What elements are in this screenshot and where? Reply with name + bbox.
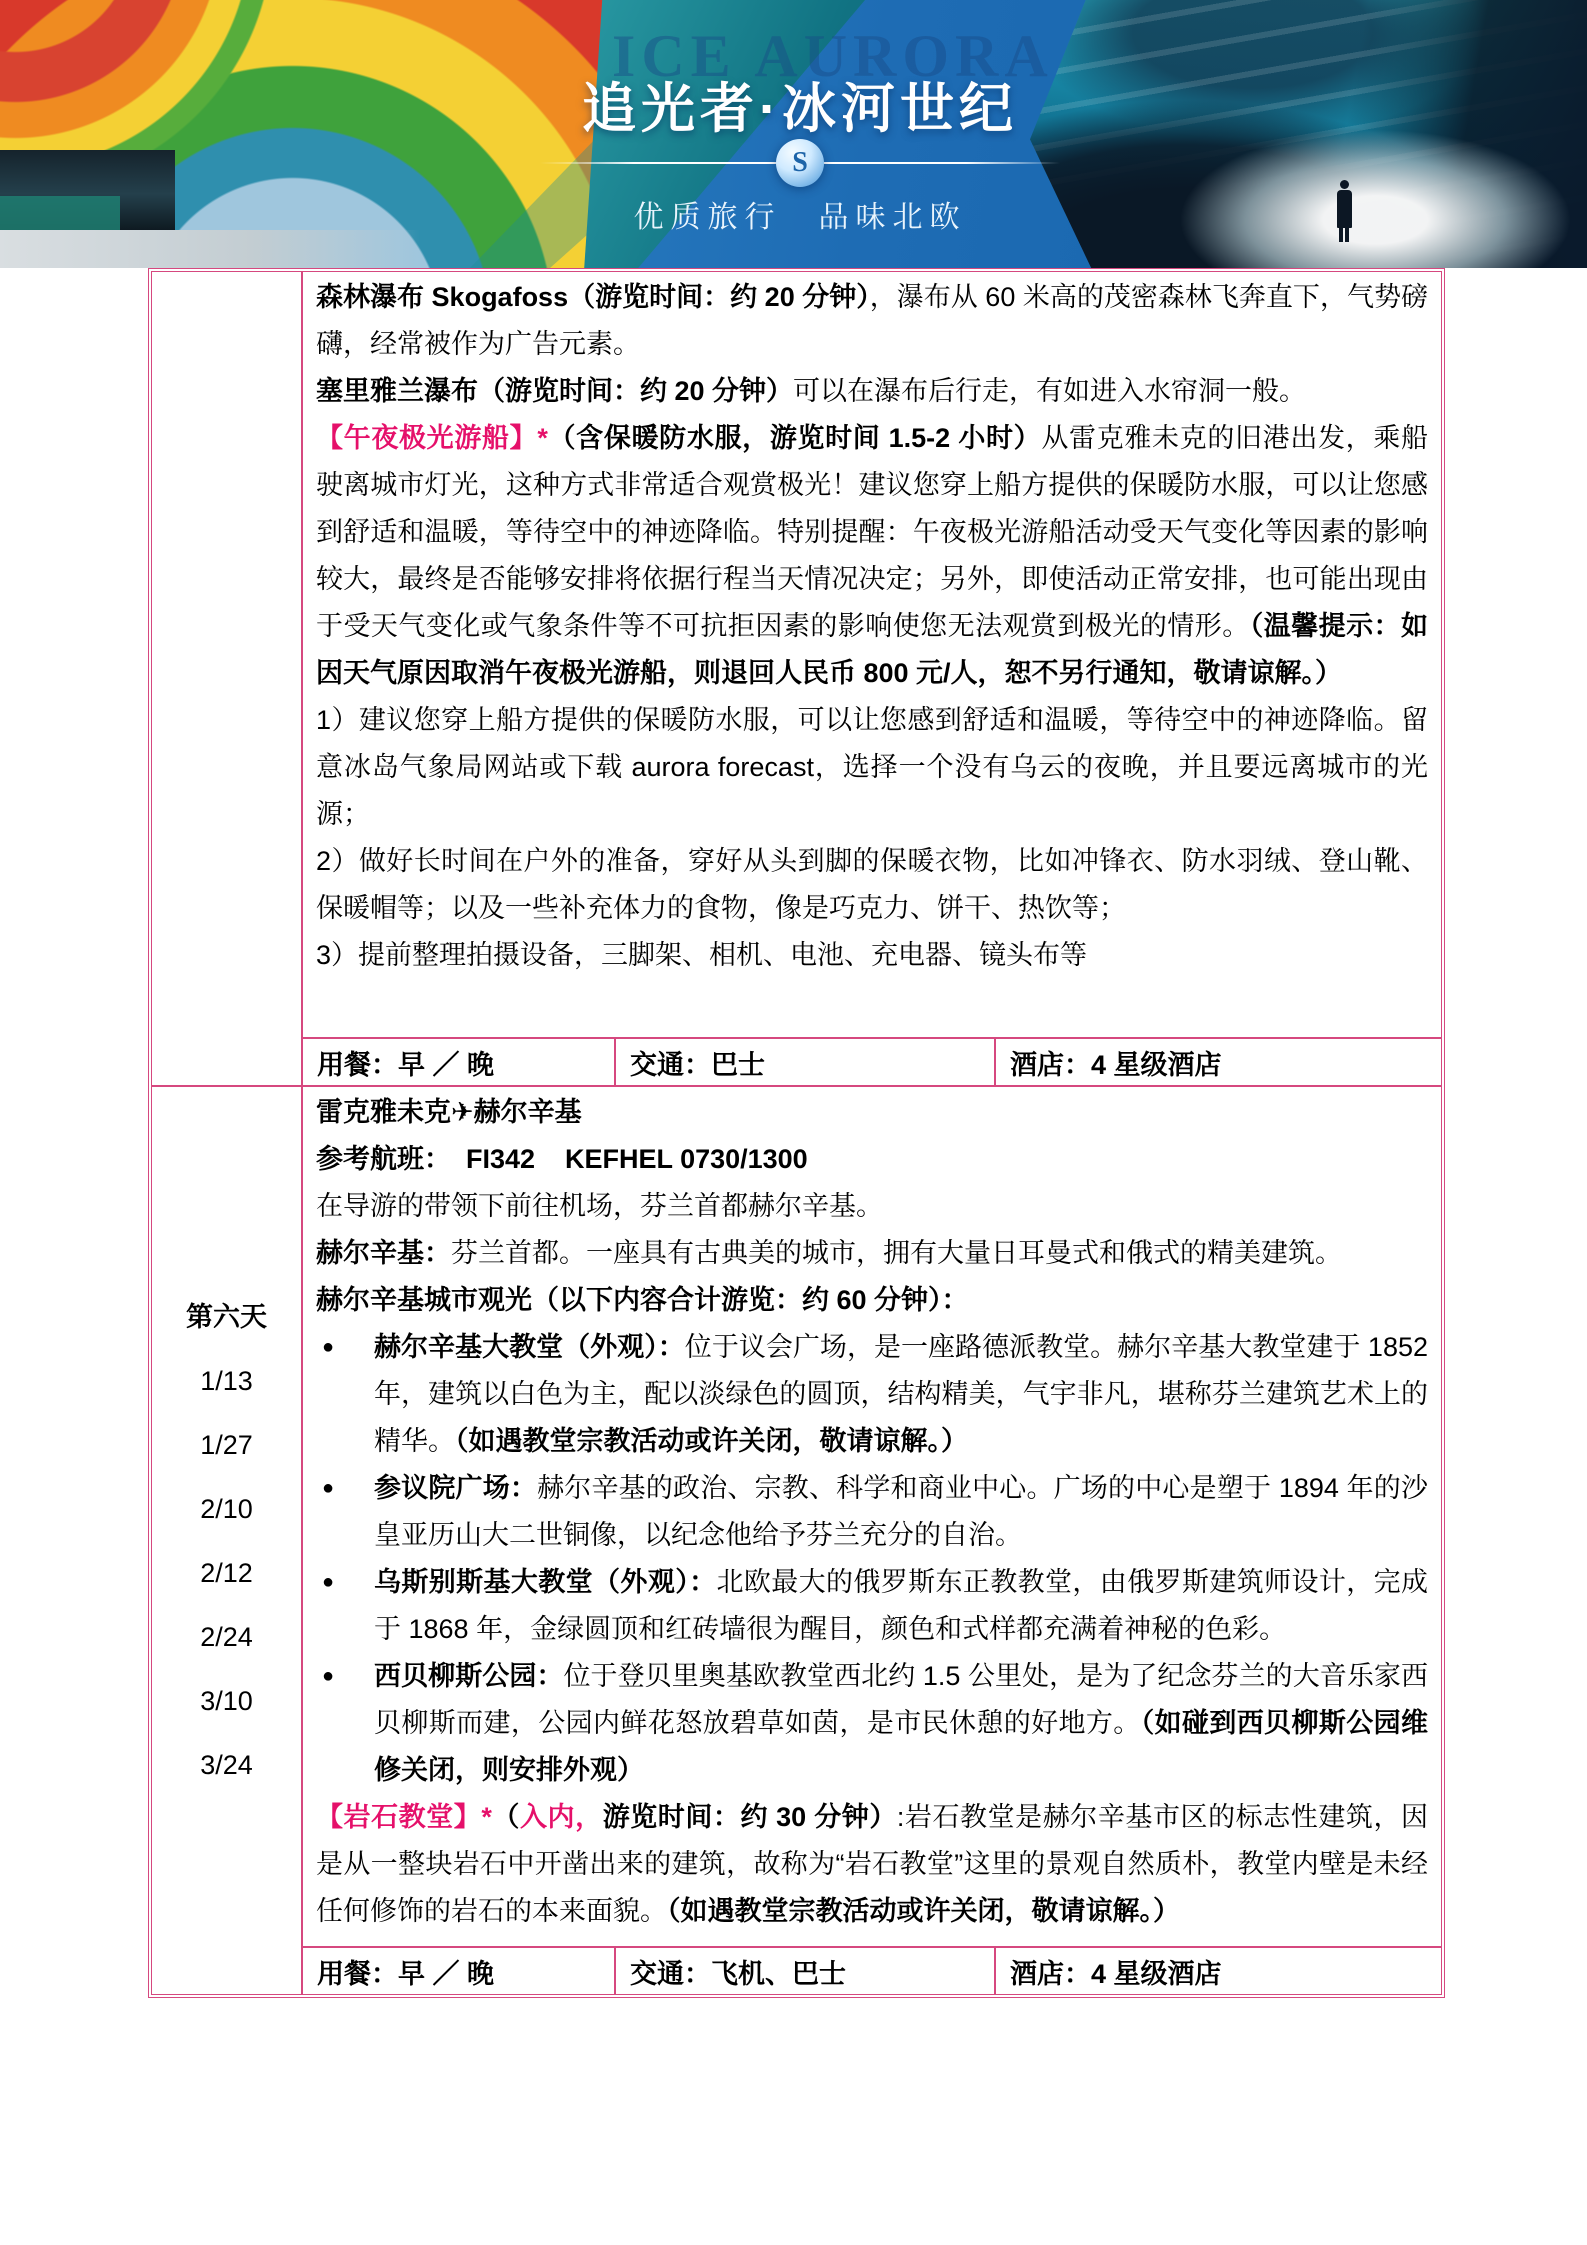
bullet-icon: ● [316,1324,374,1465]
text-segment: 游览时间：约 30 分钟） [603,1802,897,1832]
text-segment: 2）做好长时间在户外的准备，穿好从头到脚的保暖衣物，比如冲锋衣、防水羽绒、登山靴… [316,846,1428,923]
bullet-item: ●西贝柳斯公园：位于登贝里奥基欧教堂西北约 1.5 公里处，是为了纪念芬兰的大音… [316,1653,1428,1794]
day-cell: 第六天 1/131/272/102/122/243/103/24 [152,1087,303,1994]
day-row: 森林瀑布 Skogafoss（游览时间：约 20 分钟），瀑布从 60 米高的茂… [152,272,1441,1087]
divider-line: S [540,162,1060,164]
text-segment: 乌斯别斯基大教堂（外观）： [374,1567,716,1597]
paragraph: 塞里雅兰瀑布（游览时间：约 20 分钟）可以在瀑布后行走，有如进入水帘洞一般。 [316,368,1428,415]
person-silhouette [1337,190,1352,228]
text-segment: 西贝柳斯公园： [374,1661,563,1691]
meals-row: 用餐：早 ／ 晚 交通：巴士 酒店：4 星级酒店 [303,1037,1441,1085]
date-item: 1/13 [200,1361,253,1401]
hotel-cell: 酒店：4 星级酒店 [996,1039,1441,1085]
day-dates: 1/131/272/102/122/243/103/24 [200,1361,253,1785]
meal-cell: 用餐：早 ／ 晚 [303,1948,616,1994]
text-segment: 赫尔辛基： [316,1238,451,1268]
paragraph: 在导游的带领下前往机场，芬兰首都赫尔辛基。 [316,1183,1428,1230]
text-segment: 参考航班： FI342 KEFHEL 0730/1300 [316,1144,808,1174]
meal-cell: 用餐：早 ／ 晚 [303,1039,616,1085]
date-item: 3/24 [200,1745,253,1785]
day-details: 森林瀑布 Skogafoss（游览时间：约 20 分钟），瀑布从 60 米高的茂… [303,272,1441,1085]
bullet-icon: ● [316,1465,374,1559]
document-page: ICE AURORA 追光者·冰河世纪 S 优质旅行 品味北欧 森林瀑布 Sko… [0,0,1587,2245]
paragraph: 参考航班： FI342 KEFHEL 0730/1300 [316,1136,1428,1183]
text-segment: 雷克雅未克✈赫尔辛基 [316,1097,582,1127]
paragraph: 赫尔辛基城市观光（以下内容合计游览：约 60 分钟）： [316,1277,1428,1324]
text-segment: 3）提前整理拍摄设备，三脚架、相机、电池、充电器、镜头布等 [316,940,1087,970]
day-cell [152,272,303,1085]
paragraph: 2）做好长时间在户外的准备，穿好从头到脚的保暖衣物，比如冲锋衣、防水羽绒、登山靴… [316,838,1428,932]
day-content: 森林瀑布 Skogafoss（游览时间：约 20 分钟），瀑布从 60 米高的茂… [303,272,1441,1037]
text-segment: 森林瀑布 Skogafoss（游览时间：约 20 分钟） [316,282,870,312]
itinerary-table: 森林瀑布 Skogafoss（游览时间：约 20 分钟），瀑布从 60 米高的茂… [148,268,1445,1998]
text-segment: 【午夜极光游船】* [316,423,548,453]
day-label: 第六天 [186,1297,267,1337]
text-segment: （如遇教堂宗教活动或许关闭，敬请谅解。） [667,1896,1180,1926]
paragraph: 1）建议您穿上船方提供的保暖防水服，可以让您感到舒适和温暖，等待空中的神迹降临。… [316,697,1428,838]
transport-cell: 交通：飞机、巴士 [616,1948,996,1994]
day-row: 第六天 1/131/272/102/122/243/103/24 雷克雅未克✈赫… [152,1087,1441,1994]
bullet-icon: ● [316,1653,374,1794]
logo-letter: S [792,147,808,179]
page-title: 追光者·冰河世纪 [440,66,1160,143]
bullet-item: ●参议院广场：赫尔辛基的政治、宗教、科学和商业中心。广场的中心是塑于 1894 … [316,1465,1428,1559]
date-item: 2/10 [200,1489,253,1529]
transport-cell: 交通：巴士 [616,1039,996,1085]
station-kiosk [0,196,120,230]
paragraph: 森林瀑布 Skogafoss（游览时间：约 20 分钟），瀑布从 60 米高的茂… [316,274,1428,368]
text-segment: 可以在瀑布后行走，有如进入水帘洞一般。 [793,376,1306,406]
text-segment: 塞里雅兰瀑布（游览时间：约 20 分钟） [316,376,793,406]
text-segment: 从雷克雅未克的旧港出发，乘船驶离城市灯光，这种方式非常适合观赏极光！建议您穿上船… [316,423,1428,641]
text-segment: （含保暖防水服，游览时间 1.5-2 小时） [548,423,1042,453]
banner: ICE AURORA 追光者·冰河世纪 S 优质旅行 品味北欧 [0,0,1587,268]
paragraph: 赫尔辛基：芬兰首都。一座具有古典美的城市，拥有大量日耳曼式和俄式的精美建筑。 [316,1230,1428,1277]
text-segment: 入内， [520,1802,603,1832]
paragraph: 3）提前整理拍摄设备，三脚架、相机、电池、充电器、镜头布等 [316,932,1428,979]
brand-logo-icon: S [776,139,824,187]
text-segment: 参议院广场： [374,1473,537,1503]
text-segment: 赫尔辛基大教堂（外观）： [374,1332,685,1362]
text-segment: 【岩石教堂】* [316,1802,492,1832]
hotel-cell: 酒店：4 星级酒店 [996,1948,1441,1994]
text-segment: 赫尔辛基城市观光（以下内容合计游览：约 60 分钟）： [316,1285,969,1315]
text-segment: 芬兰首都。一座具有古典美的城市，拥有大量日耳曼式和俄式的精美建筑。 [451,1238,1342,1268]
day-content: 雷克雅未克✈赫尔辛基参考航班： FI342 KEFHEL 0730/1300在导… [303,1087,1441,1946]
paragraph: 【午夜极光游船】*（含保暖防水服，游览时间 1.5-2 小时）从雷克雅未克的旧港… [316,415,1428,697]
text-segment: （ [492,1802,520,1832]
station-platform [0,230,420,268]
paragraph: 【岩石教堂】*（入内，游览时间：约 30 分钟）:岩石教堂是赫尔辛基市区的标志性… [316,1794,1428,1935]
day-details: 雷克雅未克✈赫尔辛基参考航班： FI342 KEFHEL 0730/1300在导… [303,1087,1441,1994]
bullet-item: ●赫尔辛基大教堂（外观）：位于议会广场，是一座路德派教堂。赫尔辛基大教堂建于 1… [316,1324,1428,1465]
text-segment: 1）建议您穿上船方提供的保暖防水服，可以让您感到舒适和温暖，等待空中的神迹降临。… [316,705,1428,829]
date-item: 2/12 [200,1553,253,1593]
date-item: 1/27 [200,1425,253,1465]
date-item: 3/10 [200,1681,253,1721]
bullet-item: ●乌斯别斯基大教堂（外观）：北欧最大的俄罗斯东正教教堂，由俄罗斯建筑师设计，完成… [316,1559,1428,1653]
text-segment: （如遇教堂宗教活动或许关闭，敬请谅解。） [455,1426,968,1456]
bullet-icon: ● [316,1559,374,1653]
page-subtitle: 优质旅行 品味北欧 [440,192,1160,236]
meals-row: 用餐：早 ／ 晚 交通：飞机、巴士 酒店：4 星级酒店 [303,1946,1441,1994]
text-segment: 在导游的带领下前往机场，芬兰首都赫尔辛基。 [316,1191,883,1221]
date-item: 2/24 [200,1617,253,1657]
paragraph: 雷克雅未克✈赫尔辛基 [316,1089,1428,1136]
